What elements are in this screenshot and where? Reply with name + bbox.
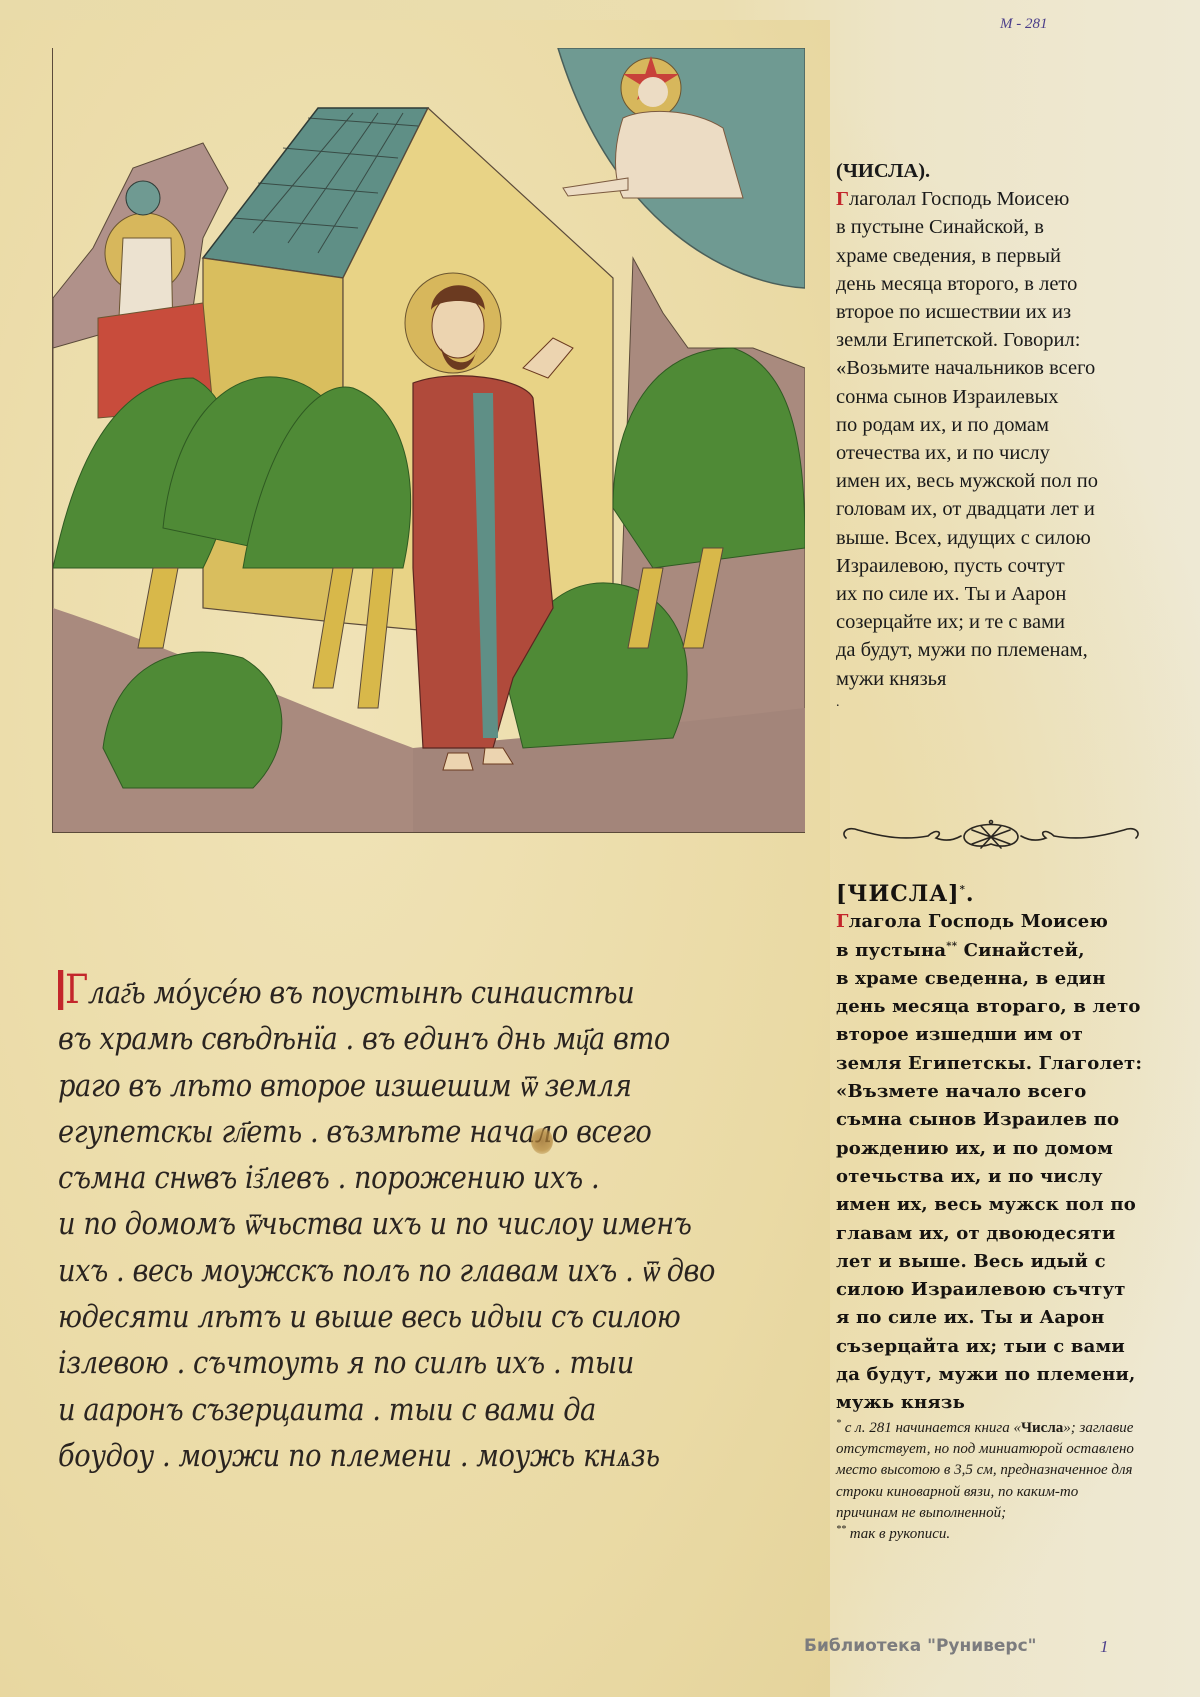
ornament-divider-icon <box>836 818 1146 852</box>
modern-translation: (ЧИСЛА). Глаголал Господь Моисею в пусты… <box>836 157 1186 713</box>
footnotes: * с л. 281 начинается книга «Числа»; заг… <box>836 1418 1136 1545</box>
manuscript-line: юдесяти лѣтъ и выше весь идыи съ силою <box>58 1294 727 1340</box>
modern-line: отечества их, и по числу <box>836 439 1186 467</box>
footnote-mark: ** <box>946 941 957 952</box>
slavonic-line: в пустына** Синайстей, <box>836 937 1186 965</box>
manuscript-handwriting: Глаг҃ь мо́усе́ю въ поустынѣ синаистѣи въ… <box>58 970 727 1479</box>
manuscript-line: съмна снѡвъ із҃левъ . порожению ихъ . <box>58 1155 727 1201</box>
modern-line: второе по исшествии их из <box>836 298 1186 326</box>
modern-line: да будут, мужи по племенам, <box>836 636 1186 664</box>
slavonic-line: силою Израилевою съчтут <box>836 1276 1186 1304</box>
modern-title: (ЧИСЛА). <box>836 157 1186 185</box>
library-name: Библиотека "Руниверс" <box>804 1636 1037 1656</box>
slavonic-line: съмна сынов Израилев по <box>836 1106 1186 1134</box>
modern-line: Израилевою, пусть сочтут <box>836 552 1186 580</box>
slavonic-line: мужь князь <box>836 1389 1186 1417</box>
slavonic-line: главам их, от двоюдесяти <box>836 1220 1186 1248</box>
cinnabar-initial: Г <box>58 970 88 1010</box>
page-number: 1 <box>1100 1637 1109 1657</box>
modern-line: их по силе их. Ты и Аарон <box>836 580 1186 608</box>
manuscript-line: раго въ лѣто второе изшешим ѿ земля <box>58 1063 727 1109</box>
manuscript-line: ихъ . весь моужскъ полъ по главам ихъ . … <box>58 1248 727 1294</box>
slavonic-first-line: Глагола Господь Моисею <box>836 908 1186 936</box>
footnote-2: ** так в рукописи. <box>836 1524 1136 1545</box>
modern-line: головам их, от двадцати лет и <box>836 495 1186 523</box>
modern-first-line: Глаголал Господь Моисею <box>836 185 1186 213</box>
modern-line: храме сведения, в первый <box>836 242 1186 270</box>
manuscript-line: боудоу . моужи по племени . моужь кнѧзь <box>58 1433 727 1479</box>
slavonic-line: второе изшедши им от <box>836 1021 1186 1049</box>
modern-line: сонма сынов Израилевых <box>836 383 1186 411</box>
cinnabar-initial: Г <box>836 911 849 932</box>
footnote-1: * с л. 281 начинается книга «Числа»; заг… <box>836 1418 1136 1524</box>
miniature-painting <box>53 48 805 832</box>
modern-line: в пустыне Синайской, в <box>836 213 1186 241</box>
slavonic-line: рождению их, и по домом <box>836 1135 1186 1163</box>
modern-line: имен их, весь мужской пол по <box>836 467 1186 495</box>
manuscript-line: въ храмѣ свѣдѣнїа . въ единъ днь мц҃а вт… <box>58 1016 727 1062</box>
manuscript-line: и ааронъ съзерцаита . тыи с вами да <box>58 1387 727 1433</box>
slavonic-line: земля Египетскы. Глаголет: <box>836 1050 1186 1078</box>
manuscript-line: Глаг҃ь мо́усе́ю въ поустынѣ синаистѣи <box>58 970 727 1016</box>
modern-line: созерцайте их; и те с вами <box>836 608 1186 636</box>
slavonic-line: «Възмете начало всего <box>836 1078 1186 1106</box>
modern-line: по родам их, и по домам <box>836 411 1186 439</box>
manuscript-line: ізлевою . съчтоуть я по силѣ ихъ . тыи <box>58 1340 727 1386</box>
manuscript-line: егупетскы гл҃еть . възмѣте начало всего <box>58 1109 727 1155</box>
slavonic-transcription: [ЧИСЛА]*. Глагола Господь Моисею в пусты… <box>836 880 1186 1418</box>
slavonic-title: [ЧИСЛА]*. <box>836 880 1186 908</box>
slavonic-line: да будут, мужи по племени, <box>836 1361 1186 1389</box>
manuscript-line: и по домомъ ѿчьства ихъ и по числоу имен… <box>58 1201 727 1247</box>
modern-line: мужи князья <box>836 665 1186 693</box>
slavonic-line: лет и выше. Весь идый с <box>836 1248 1186 1276</box>
trailing-dot: . <box>836 693 1186 713</box>
slavonic-line: отечьства их, и по числу <box>836 1163 1186 1191</box>
modern-line: день месяца второго, в лето <box>836 270 1186 298</box>
slavonic-line: в храме сведенна, в един <box>836 965 1186 993</box>
folio-mark: M - 281 <box>1000 16 1130 33</box>
miniature-illustration <box>52 48 805 833</box>
cinnabar-initial: Г <box>836 188 849 210</box>
slavonic-line: я по силе их. Ты и Аарон <box>836 1304 1186 1332</box>
modern-line: земли Египетской. Говорил: <box>836 326 1186 354</box>
modern-line: «Возьмите начальников всего <box>836 354 1186 382</box>
slavonic-line: день месяца втораго, в лето <box>836 993 1186 1021</box>
parchment-stain <box>531 1128 553 1154</box>
slavonic-line: съзерцайта их; тыи с вами <box>836 1333 1186 1361</box>
modern-line: выше. Всех, идущих с силою <box>836 524 1186 552</box>
slavonic-line: имен их, весь мужск пол по <box>836 1191 1186 1219</box>
